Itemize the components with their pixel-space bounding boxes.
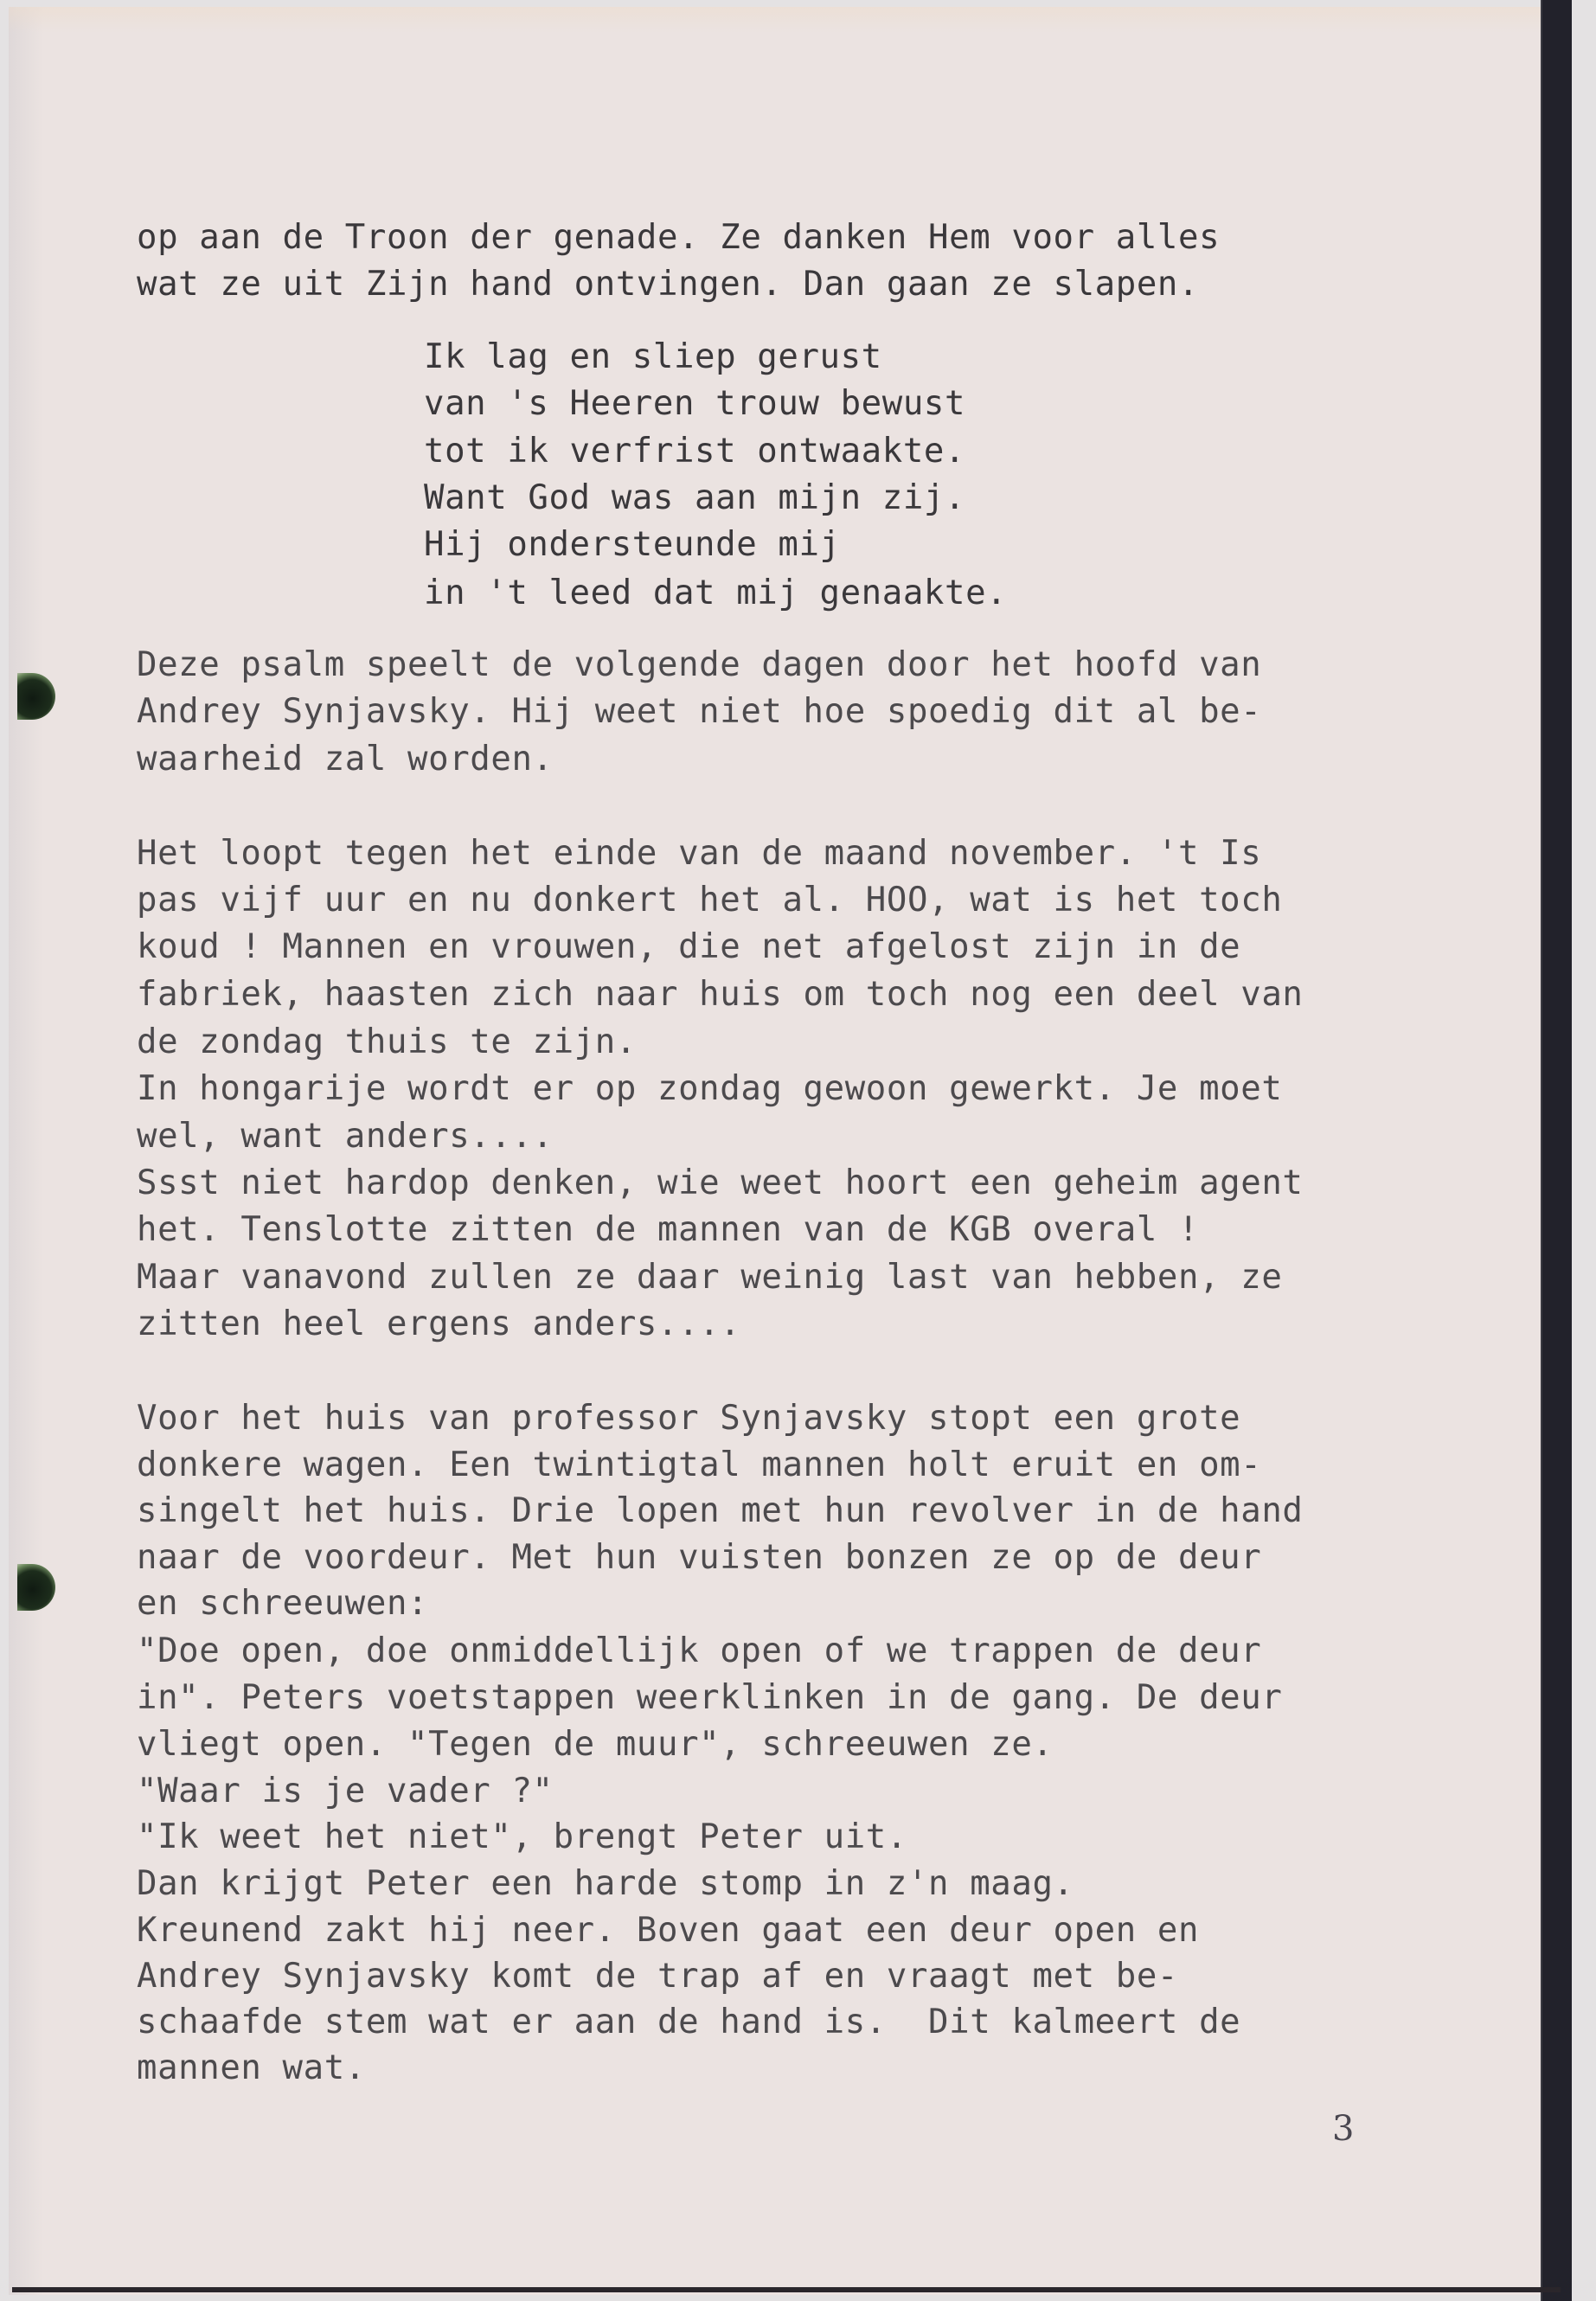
text-line: Deze psalm speelt de volgende dagen door… [137, 642, 1261, 689]
text-line: in". Peters voetstappen weerklinken in d… [137, 1675, 1282, 1721]
text-line: "Waar is je vader ?" [137, 1768, 554, 1815]
text-line: fabriek, haasten zich naar huis om toch … [137, 971, 1303, 1018]
poem-line: Want God was aan mijn zij. [424, 475, 965, 522]
poem-line: Hij ondersteunde mij [424, 522, 841, 568]
text-line: wel, want anders.... [137, 1113, 554, 1160]
text-line: Kreunend zakt hij neer. Boven gaat een d… [137, 1907, 1199, 1954]
text-line: pas vijf uur en nu donkert het al. HOO, … [137, 877, 1282, 924]
text-line: vliegt open. "Tegen de muur", schreeuwen… [137, 1721, 1054, 1768]
text-line: waarheid zal worden. [137, 736, 554, 783]
text-line: wat ze uit Zijn hand ontvingen. Dan gaan… [137, 261, 1199, 308]
binder-hole-bottom [17, 1564, 55, 1611]
text-line: "Ik weet het niet", brengt Peter uit. [137, 1814, 907, 1861]
text-line: naar de voordeur. Met hun vuisten bonzen… [137, 1535, 1261, 1581]
poem-line: tot ik verfrist ontwaakte. [424, 428, 965, 475]
text-line: Andrey Synjavsky. Hij weet niet hoe spoe… [137, 689, 1261, 735]
binder-hole-top [17, 673, 55, 720]
text-line: zitten heel ergens anders.... [137, 1301, 740, 1348]
poem-line: van 's Heeren trouw bewust [424, 381, 965, 427]
text-line: Ssst niet hardop denken, wie weet hoort … [137, 1160, 1303, 1207]
text-line: "Doe open, doe onmiddellijk open of we t… [137, 1628, 1261, 1675]
text-line: en schreeuwen: [137, 1580, 428, 1627]
text-line: schaafde stem wat er aan de hand is. Dit… [137, 1999, 1240, 2046]
text-line: de zondag thuis te zijn. [137, 1019, 637, 1066]
poem-line: Ik lag en sliep gerust [424, 334, 882, 381]
text-line: Voor het huis van professor Synjavsky st… [137, 1395, 1240, 1442]
text-line: Dan krijgt Peter een harde stomp in z'n … [137, 1861, 1074, 1907]
text-line: Maar vanavond zullen ze daar weinig last… [137, 1254, 1282, 1301]
text-line: Andrey Synjavsky komt de trap af en vraa… [137, 1953, 1178, 2000]
text-line: het. Tenslotte zitten de mannen van de K… [137, 1207, 1199, 1253]
page-number: 3 [1332, 2109, 1354, 2149]
text-line: singelt het huis. Drie lopen met hun rev… [137, 1488, 1303, 1535]
page-bottom-edge [12, 2287, 1561, 2292]
binding-spine [1541, 0, 1572, 2301]
text-line: Het loopt tegen het einde van de maand n… [137, 830, 1261, 877]
document-page: op aan de Troon der genade. Ze danken He… [9, 7, 1566, 2295]
text-line: In hongarije wordt er op zondag gewoon g… [137, 1066, 1282, 1112]
text-line: op aan de Troon der genade. Ze danken He… [137, 215, 1220, 261]
text-line: donkere wagen. Een twintigtal mannen hol… [137, 1442, 1261, 1489]
text-line: mannen wat. [137, 2045, 366, 2092]
text-line: koud ! Mannen en vrouwen, die net afgelo… [137, 924, 1240, 971]
poem-line: in 't leed dat mij genaakte. [424, 570, 1007, 617]
